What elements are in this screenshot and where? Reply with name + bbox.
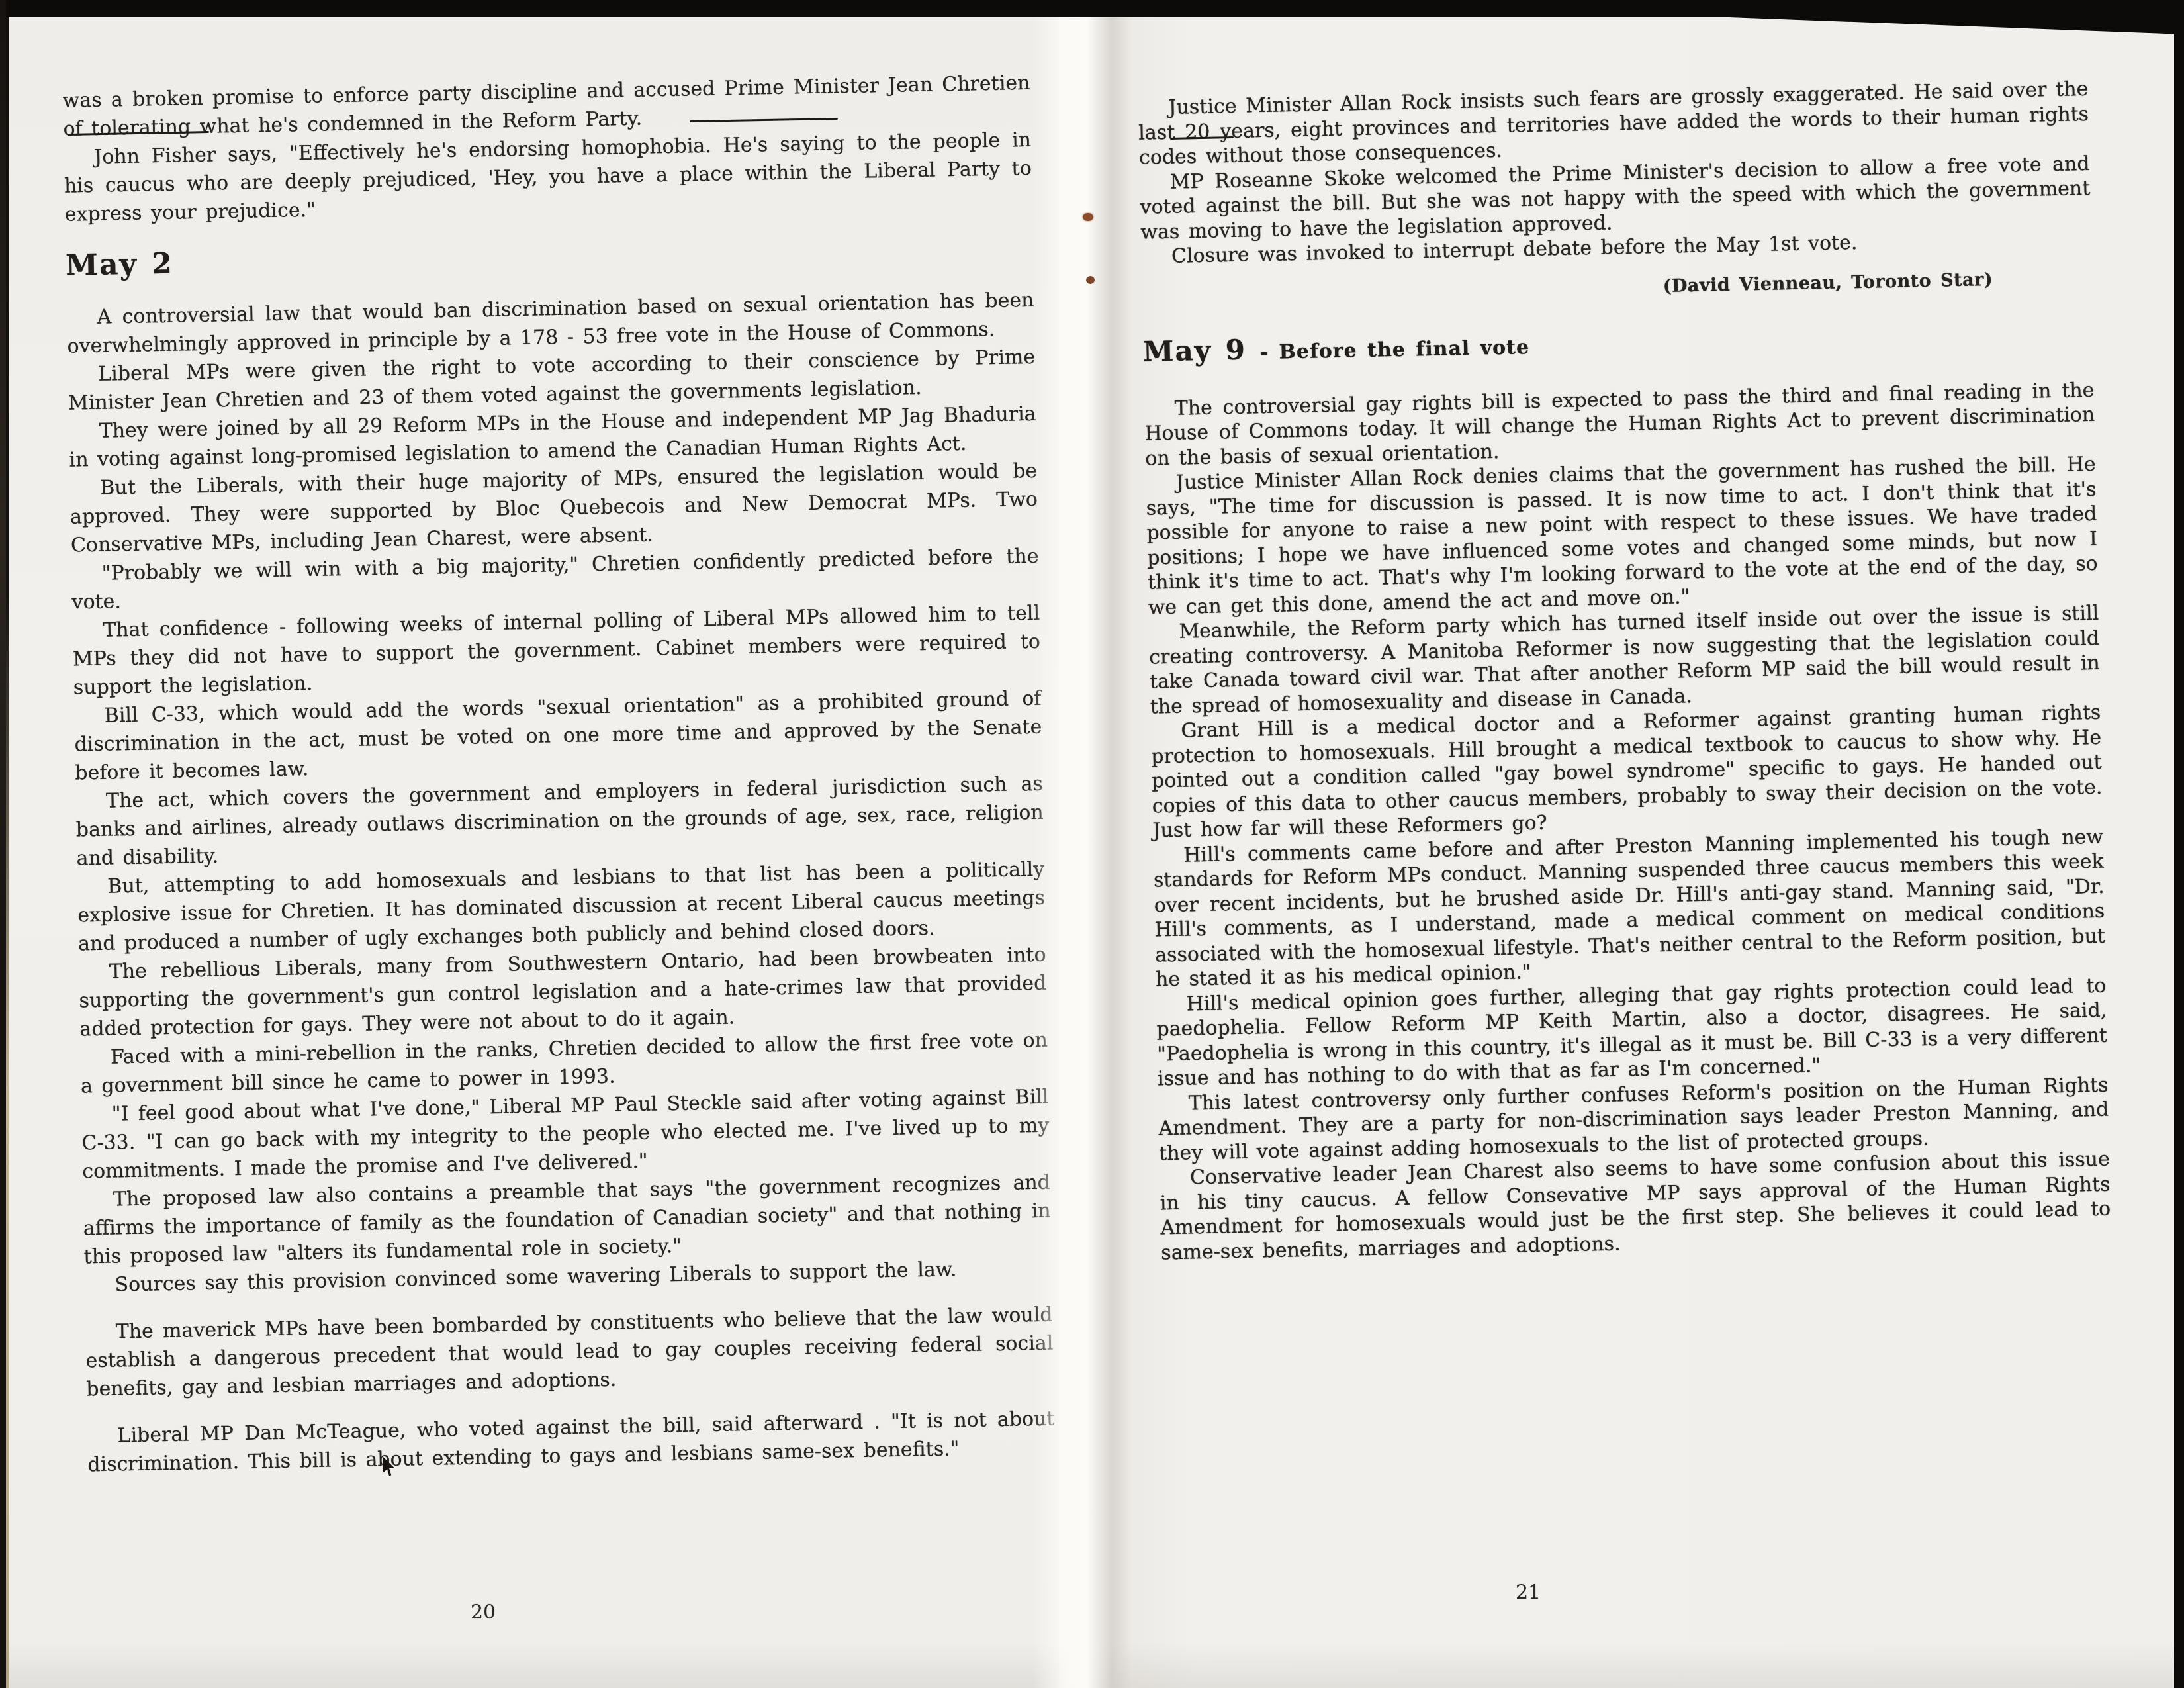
right-page-text: Justice Minister Allan Rock insists such… xyxy=(1138,77,2111,1265)
scan-edge-left xyxy=(0,0,6,993)
scan-edge-right xyxy=(2174,0,2184,1688)
book-scan: was a broken promise to enforce party di… xyxy=(0,0,2184,1688)
scan-edge-crease xyxy=(6,596,9,1688)
left-page: was a broken promise to enforce party di… xyxy=(9,15,1059,1688)
binding-speck xyxy=(1083,213,1093,221)
heading-date: May 9 xyxy=(1142,334,1246,368)
page-shading xyxy=(1059,1642,2175,1688)
paragraph: Hill's medical opinion goes further, all… xyxy=(1156,973,2108,1092)
right-page: Justice Minister Allan Rock insists such… xyxy=(1059,17,2175,1688)
paragraph: Liberal MP Dan McTeague, who voted again… xyxy=(87,1405,1055,1479)
paragraph: Grant Hill is a medical doctor and a Ref… xyxy=(1150,700,2103,843)
heading-subtitle: - Before the final vote xyxy=(1259,336,1529,364)
paragraph: Meanwhile, the Reform party which has tu… xyxy=(1148,601,2101,720)
section-heading-may-2: May 2 xyxy=(66,234,1034,280)
page-number: 21 xyxy=(1516,1581,1541,1604)
paragraph: Conservative leader Jean Charest also se… xyxy=(1160,1147,2112,1266)
left-page-text: was a broken promise to enforce party di… xyxy=(62,69,1055,1479)
paragraph: John Fisher says, "Effectively he's endo… xyxy=(64,126,1032,229)
source-attribution: (David Vienneau, Toronto Star) xyxy=(1142,267,1993,308)
binding-speck xyxy=(1086,276,1095,284)
paragraph: Justice Minister Allan Rock denies claim… xyxy=(1146,452,2099,620)
paragraph: The maverick MPs have been bombarded by … xyxy=(85,1301,1054,1404)
page-number: 20 xyxy=(471,1601,496,1624)
page-shading xyxy=(9,1642,1059,1688)
paragraph: Hill's comments came before and after Pr… xyxy=(1153,824,2106,992)
section-heading-may-9: May 9 - Before the final vote xyxy=(1143,320,2094,367)
